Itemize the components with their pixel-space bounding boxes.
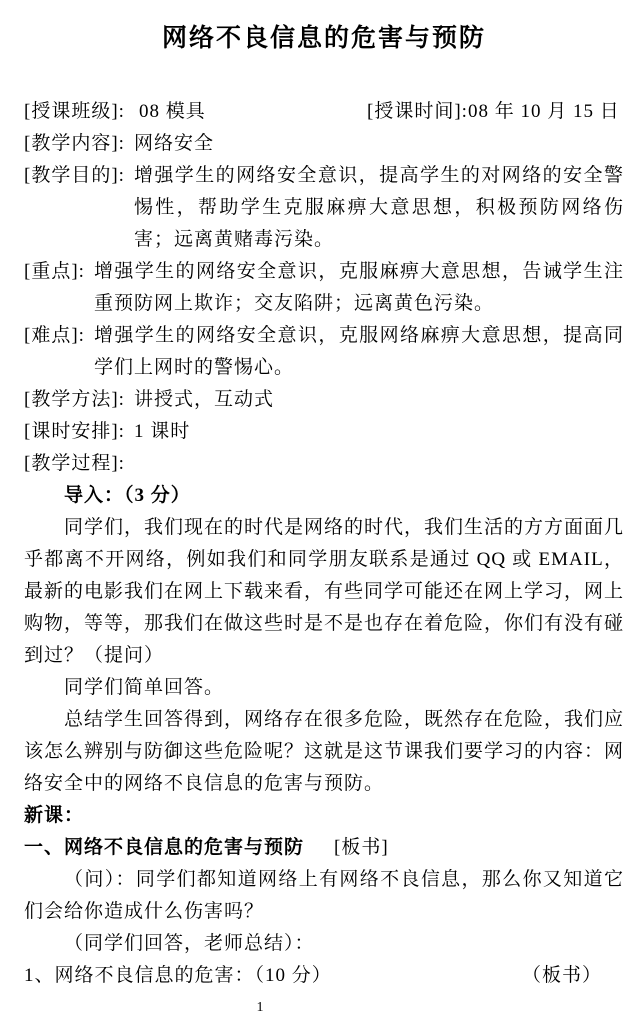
meta-row-schedule: [课时安排]: 1 课时 [24, 416, 624, 448]
class-value: 08 模具 [139, 101, 206, 122]
intro-paragraph-2: 同学们简单回答。 [24, 672, 624, 704]
meta-row-content: [教学内容]: 网络安全 [24, 128, 624, 160]
section1-board-note: [板书] [334, 832, 389, 864]
section1-heading-row: 一、网络不良信息的危害与预防 [板书] [24, 832, 624, 864]
difficulty-value: 增强学生的网络安全意识，克服网络麻痹大意思想，提高同学们上网时的警惕心。 [94, 320, 624, 384]
meta-row-process: [教学过程]: [24, 448, 624, 480]
document-page: 网络不良信息的危害与预防 [授课班级]:08 模具 [授课时间]:08 年 10… [0, 0, 644, 1030]
schedule-value: 1 课时 [134, 416, 624, 448]
time-value: 08 年 10 月 15 日 [468, 101, 620, 122]
question-paragraph: （问）：同学们都知道网络上有网络不良信息，那么你又知道它们会给你造成什么伤害吗？ [24, 864, 624, 928]
method-label: [教学方法]: [24, 384, 125, 416]
item1-row: 1、网络不良信息的危害：（10 分） （板书） [24, 960, 624, 992]
new-lesson-heading: 新课： [24, 800, 624, 832]
content-label: [教学内容]: [24, 128, 125, 160]
meta-row-key-points: [重点]: 增强学生的网络安全意识，克服麻痹大意思想，告诫学生注重预防网上欺诈；… [24, 256, 624, 320]
schedule-label: [课时安排]: [24, 416, 125, 448]
class-label: [授课班级]: [24, 101, 125, 122]
key-points-label: [重点]: [24, 256, 85, 288]
section1-heading: 一、网络不良信息的危害与预防 [24, 832, 304, 864]
intro-paragraph-1: 同学们，我们现在的时代是网络的时代，我们生活的方方面面几乎都离不开网络，例如我们… [24, 512, 624, 672]
content-value: 网络安全 [134, 128, 624, 160]
meta-row-class-time: [授课班级]:08 模具 [授课时间]:08 年 10 月 15 日 [24, 96, 624, 128]
item1-board-note: （板书） [522, 960, 602, 992]
item1-heading: 1、网络不良信息的危害：（10 分） [24, 960, 332, 992]
page-number: 1 [0, 998, 520, 1018]
intro-paragraph-3: 总结学生回答得到，网络存在很多危险，既然存在危险，我们应该怎么辨别与防御这些危险… [24, 704, 624, 800]
time-label: [授课时间]: [367, 101, 468, 122]
method-value: 讲授式，互动式 [134, 384, 624, 416]
meta-row-difficulty: [难点]: 增强学生的网络安全意识，克服网络麻痹大意思想，提高同学们上网时的警惕… [24, 320, 624, 384]
purpose-value: 增强学生的网络安全意识，提高学生的对网络的安全警惕性，帮助学生克服麻痹大意思想，… [134, 160, 624, 256]
purpose-label: [教学目的]: [24, 160, 125, 192]
meta-row-method: [教学方法]: 讲授式，互动式 [24, 384, 624, 416]
document-title: 网络不良信息的危害与预防 [24, 20, 624, 58]
difficulty-label: [难点]: [24, 320, 85, 352]
intro-heading: 导入：（3 分） [64, 480, 624, 512]
time-field: [授课时间]:08 年 10 月 15 日 [367, 96, 620, 128]
meta-row-purpose: [教学目的]: 增强学生的网络安全意识，提高学生的对网络的安全警惕性，帮助学生克… [24, 160, 624, 256]
process-label: [教学过程]: [24, 453, 125, 474]
key-points-value: 增强学生的网络安全意识，克服麻痹大意思想，告诫学生注重预防网上欺诈；交友陷阱；远… [94, 256, 624, 320]
answer-paragraph: （同学们回答，老师总结）： [24, 928, 624, 960]
